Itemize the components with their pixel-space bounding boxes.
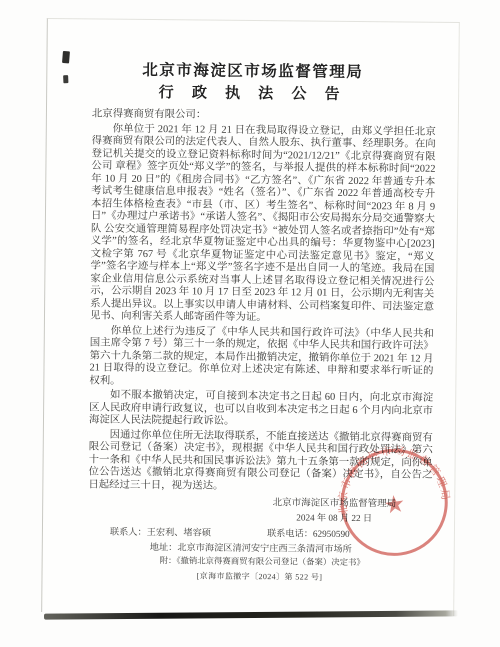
address-label: 地址： [150, 542, 178, 552]
scan-artifact [62, 51, 70, 64]
paragraph-decision: 你单位上述行为违反了《中华人民共和国行政许可法》（中华人民共和国主席令第 7 号… [89, 325, 434, 391]
contact-person-label: 联系人： [110, 527, 147, 537]
address-value: 北京市海淀区清河安宁庄西三条清河市场所 [177, 542, 352, 554]
contact-phone-label: 联系电话： [267, 528, 313, 538]
attachment-title: 《撤销北京得赛商贸有限公司登记（备案）决定书》 [176, 556, 365, 567]
attachment-label: 附： [160, 556, 177, 565]
paragraph-remedies: 如不服本撤销决定，可自接到本决定书之日起 60 日内，向北京市海淀区人民政府申请… [89, 389, 433, 430]
seal-star-icon: ★ [382, 489, 407, 520]
document-title: 北京市海淀区市场监督管理局 [47, 61, 458, 83]
scan-artifact [63, 75, 68, 83]
doc-number: [京海市监撤字〔2024〕第 522 号] [87, 568, 431, 584]
official-seal-stamp: 北京市海淀区市场监督管理局 ★ [328, 436, 460, 568]
document-subtitle: 行 政 执 法 公 告 [47, 83, 458, 105]
document-paper: 北京市海淀区市场监督管理局 行 政 执 法 公 告 北京得赛商贸有限公司： 你单… [41, 18, 460, 616]
paragraph-facts: 你单位于 2021 年 12 月 21 日在我局取得设立登记，由郑义学担任北京得… [90, 123, 436, 326]
salutation: 北京得赛商贸有限公司： [92, 108, 436, 124]
contact-person-names: 王宏利、堵容硕 [147, 527, 211, 538]
